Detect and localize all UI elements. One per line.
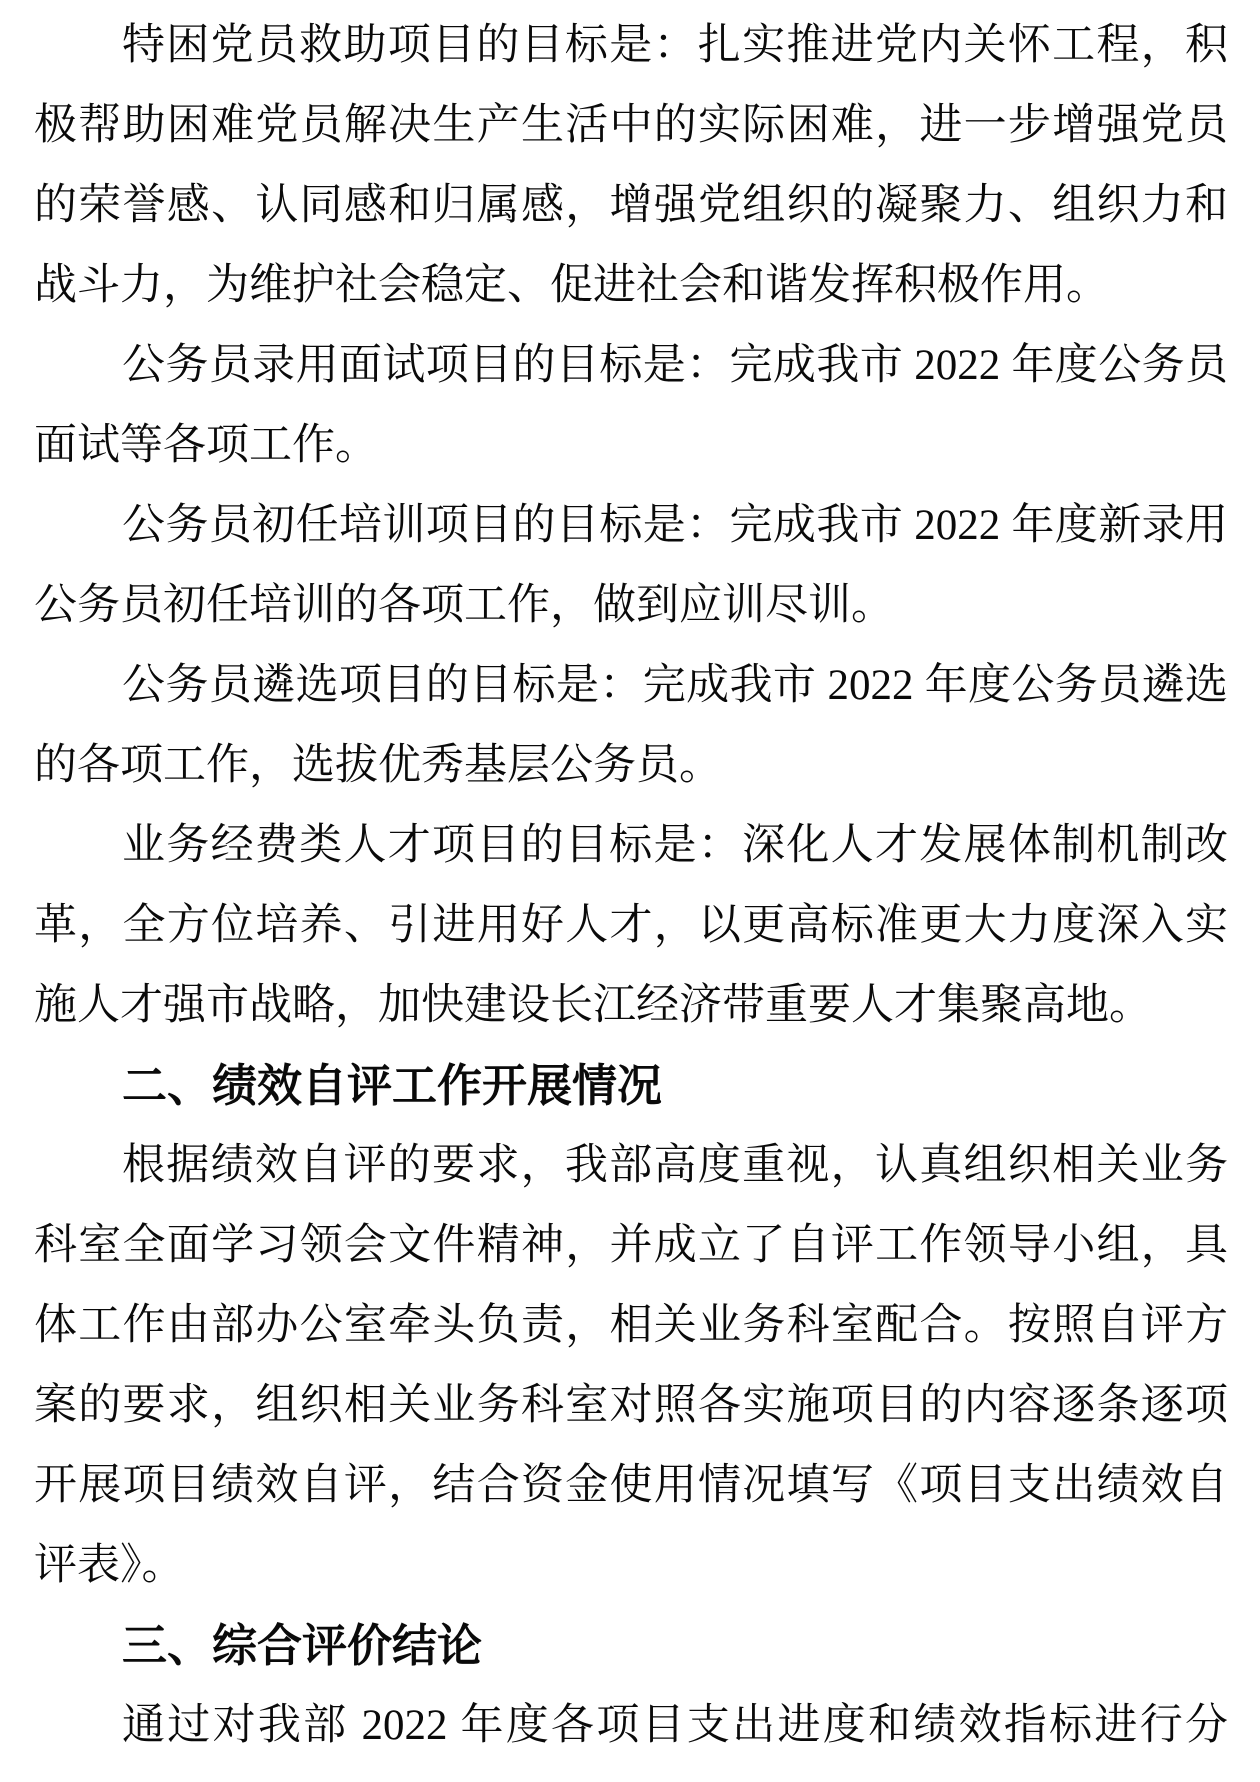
paragraph-line: 革，全方位培养、引进用好人才，以更高标准更大力度深入实 [34,886,1228,966]
paragraph-line: 的荣誉感、认同感和归属感，增强党组织的凝聚力、组织力和 [34,166,1228,246]
paragraph-line: 战斗力，为维护社会稳定、促进社会和谐发挥积极作用。 [34,246,1228,326]
paragraph-line: 业务经费类人才项目的目标是：深化人才发展体制机制改 [34,806,1228,886]
paragraph-line: 特困党员救助项目的目标是：扎实推进党内关怀工程，积 [34,6,1228,86]
paragraph-line: 开展项目绩效自评，结合资金使用情况填写《项目支出绩效自 [34,1446,1228,1526]
paragraph-line: 体工作由部办公室牵头负责，相关业务科室配合。按照自评方 [34,1286,1228,1366]
paragraph-line: 案的要求，组织相关业务科室对照各实施项目的内容逐条逐项 [34,1366,1228,1446]
paragraph-line: 根据绩效自评的要求，我部高度重视，认真组织相关业务 [34,1126,1228,1206]
paragraph-line: 施人才强市战略，加快建设长江经济带重要人才集聚高地。 [34,966,1228,1046]
paragraph-line: 公务员初任培训项目的目标是：完成我市 2022 年度新录用 [34,486,1228,566]
section-heading-3: 三、综合评价结论 [34,1606,1228,1686]
paragraph-line: 评表》。 [34,1526,1228,1606]
paragraph-line: 极帮助困难党员解决生产生活中的实际困难，进一步增强党员 [34,86,1228,166]
paragraph-line: 的各项工作，选拔优秀基层公务员。 [34,726,1228,806]
paragraph-line: 面试等各项工作。 [34,406,1228,486]
paragraph-line: 公务员遴选项目的目标是：完成我市 2022 年度公务员遴选 [34,646,1228,726]
section-heading-2: 二、绩效自评工作开展情况 [34,1046,1228,1126]
paragraph-line: 科室全面学习领会文件精神，并成立了自评工作领导小组，具 [34,1206,1228,1286]
paragraph-line: 公务员初任培训的各项工作，做到应训尽训。 [34,566,1228,646]
paragraph-line: 公务员录用面试项目的目标是：完成我市 2022 年度公务员 [34,326,1228,406]
document-page: 特困党员救助项目的目标是：扎实推进党内关怀工程，积 极帮助困难党员解决生产生活中… [0,0,1260,1782]
paragraph-line: 通过对我部 2022 年度各项目支出进度和绩效指标进行分 [34,1686,1228,1766]
